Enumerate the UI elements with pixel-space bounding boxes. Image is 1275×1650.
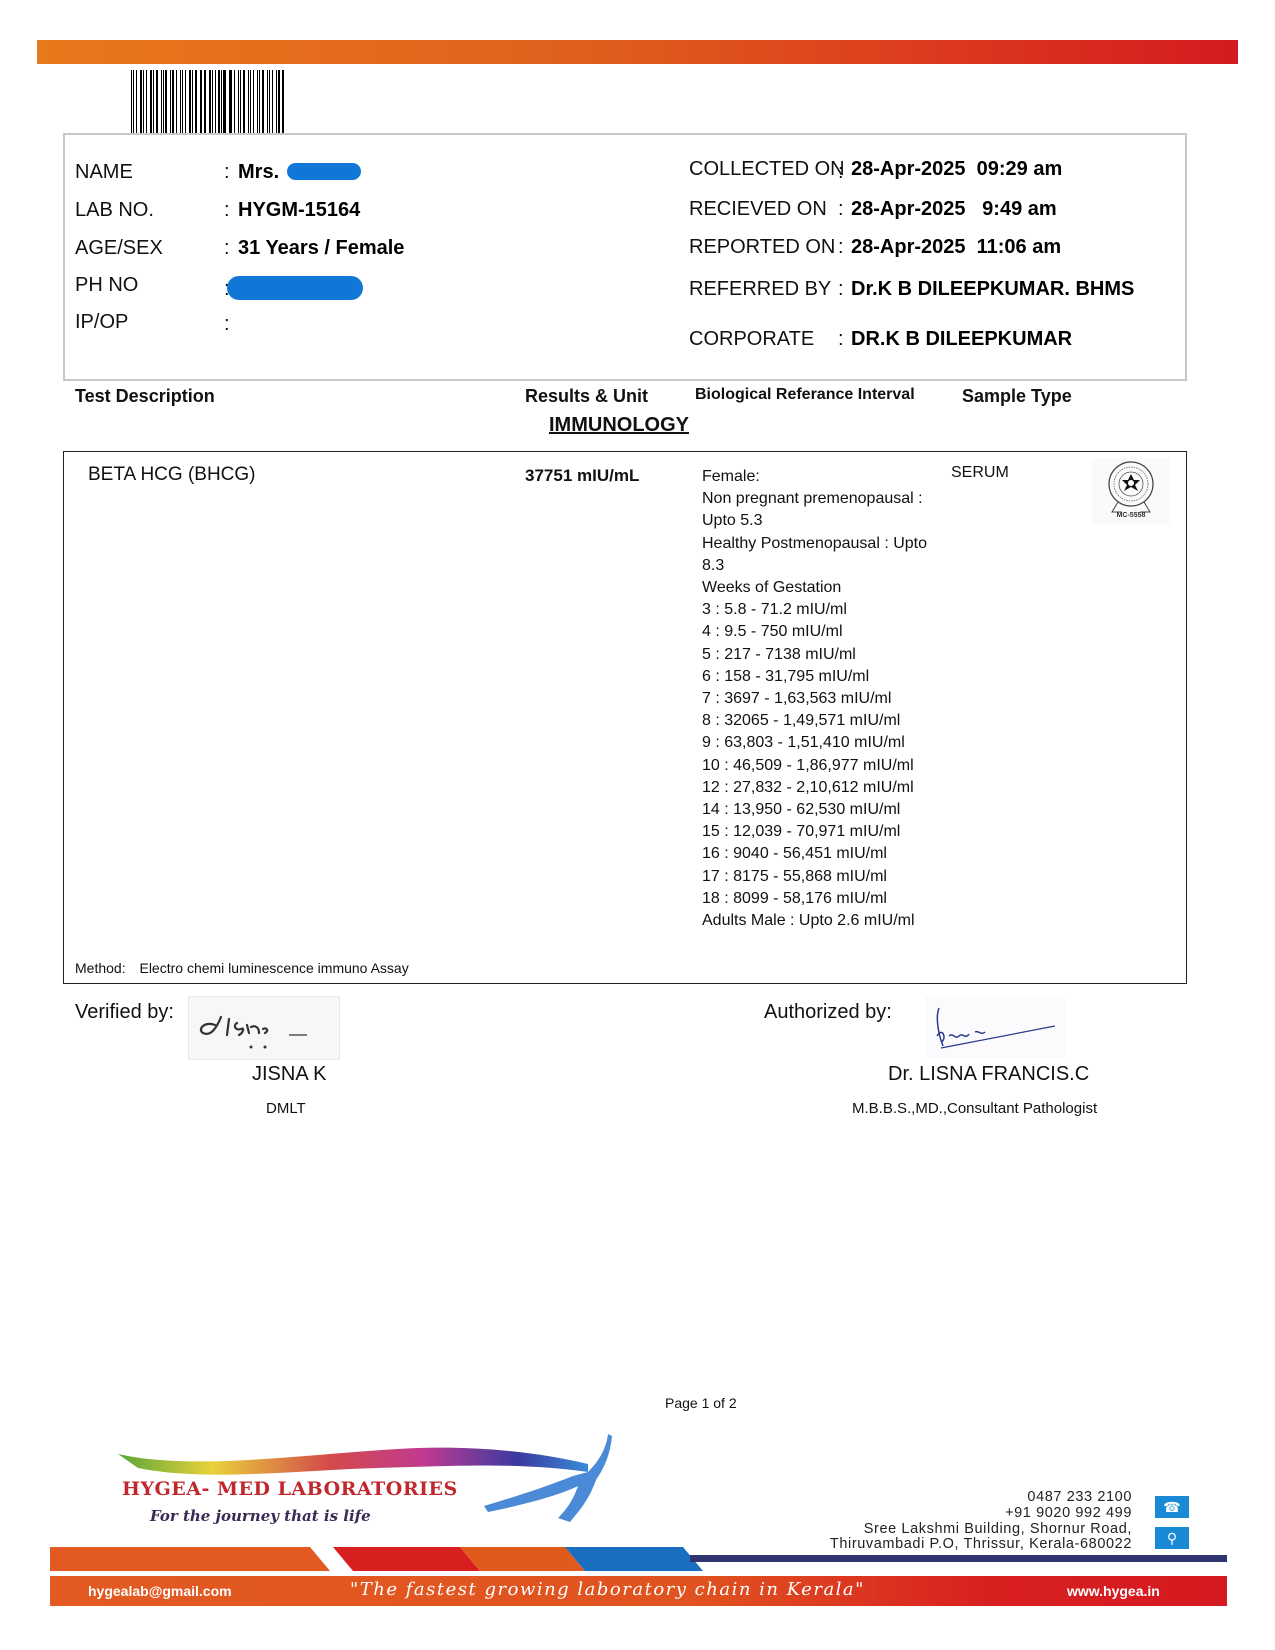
agesex-label: AGE/SEX [75, 237, 163, 260]
barcode-bar [234, 70, 235, 133]
reference-line: 15 : 12,039 - 70,971 mIU/ml [702, 821, 927, 843]
reference-line: Female: [702, 466, 927, 488]
section-title: IMMUNOLOGY [549, 414, 689, 437]
test-name: BETA HCG (BHCG) [88, 464, 256, 486]
barcode-bar [200, 70, 201, 133]
barcode-bar [253, 70, 254, 133]
barcode-bar [209, 70, 210, 133]
column-reference-interval: Biological Referance Interval [695, 386, 915, 404]
column-sample-type: Sample Type [962, 386, 1072, 407]
barcode-bar [150, 70, 151, 133]
barcode-bar [212, 70, 213, 133]
collected-value: 28-Apr-2025 09:29 am [851, 158, 1062, 181]
barcode-bar [257, 70, 258, 133]
barcode-bar [163, 70, 164, 133]
barcode-bar [259, 70, 260, 133]
barcode-bar [185, 70, 186, 133]
footer-stripes [50, 1547, 1227, 1577]
corporate-label: CORPORATE [689, 328, 814, 351]
reference-line: 7 : 3697 - 1,63,563 mIU/ml [702, 688, 927, 710]
reference-line: 3 : 5.8 - 71.2 mIU/ml [702, 599, 927, 621]
barcode-bar [276, 70, 277, 133]
barcode-bar [248, 70, 249, 133]
barcode-bar [195, 70, 196, 133]
method-value: Electro chemi luminescence immuno Assay [139, 960, 408, 976]
received-value: 28-Apr-2025 9:49 am [851, 198, 1057, 221]
phone-label: PH NO [75, 274, 138, 297]
test-result-value: 37751 mIU/mL [525, 466, 639, 486]
labno-label: LAB NO. [75, 199, 154, 222]
phone-landline: 0487 233 2100 [1027, 1489, 1132, 1505]
redaction-mark [287, 163, 361, 180]
barcode-bar [250, 70, 251, 133]
accreditation-code: MC-5558 [1092, 512, 1170, 519]
barcode-bar [161, 70, 162, 133]
barcode-bar [133, 70, 134, 133]
reference-line: Upto 5.3 [702, 510, 927, 532]
barcode-bar [153, 70, 154, 133]
barcode-bar [204, 70, 206, 133]
name-prefix: Mrs. [238, 161, 279, 183]
reference-line: 5 : 217 - 7138 mIU/ml [702, 644, 927, 666]
phone-mobile: +91 9020 992 499 [1005, 1505, 1132, 1521]
barcode-bar [282, 70, 283, 133]
barcode-bar [182, 70, 183, 133]
name-label: NAME [75, 161, 133, 184]
method-label: Method: [75, 960, 126, 976]
labno-value: HYGM-15164 [238, 199, 360, 222]
barcode-bar [143, 70, 144, 133]
reference-line: Adults Male : Upto 2.6 mIU/ml [702, 910, 927, 932]
barcode-bar [218, 70, 219, 133]
ipop-colon: : [224, 313, 230, 336]
referred-label: REFERRED BY [689, 278, 831, 301]
collected-colon: : [838, 161, 844, 184]
footer-email[interactable]: hygealab@gmail.com [88, 1583, 232, 1599]
agesex-colon: : [224, 237, 230, 260]
barcode-bar [240, 70, 241, 133]
referred-colon: : [838, 278, 844, 301]
reference-line: 8 : 32065 - 1,49,571 mIU/ml [702, 710, 927, 732]
method-line: Method: Electro chemi luminescence immun… [75, 960, 409, 976]
barcode [131, 70, 287, 133]
agesex-value: 31 Years / Female [238, 237, 404, 260]
barcode-bar [278, 70, 280, 133]
collected-label: COLLECTED ON [689, 158, 845, 181]
barcode-bar [189, 70, 191, 133]
barcode-bar [170, 70, 171, 133]
reference-line: 17 : 8175 - 55,868 mIU/ml [702, 866, 927, 888]
reference-interval-list: Female:Non pregnant premenopausal :Upto … [702, 466, 927, 932]
reference-line: Non pregnant premenopausal : [702, 488, 927, 510]
phone-icon: ☎ [1155, 1496, 1189, 1518]
ipop-label: IP/OP [75, 311, 128, 334]
reference-line: Healthy Postmenopausal : Upto [702, 533, 927, 555]
barcode-bar [230, 70, 231, 133]
page-number: Page 1 of 2 [665, 1395, 737, 1411]
reference-line: 18 : 8099 - 58,176 mIU/ml [702, 888, 927, 910]
column-test-description: Test Description [75, 386, 215, 407]
barcode-bar [146, 70, 147, 133]
barcode-bar [180, 70, 181, 133]
barcode-bar [243, 70, 245, 133]
barcode-bar [215, 70, 216, 133]
footer-slogan: "The fastest growing laboratory chain in… [350, 1579, 865, 1600]
verified-by-name: JISNA K [252, 1063, 326, 1086]
barcode-bar [269, 70, 270, 133]
labno-colon: : [224, 199, 230, 222]
authorized-by-name: Dr. LISNA FRANCIS.C [888, 1063, 1089, 1086]
barcode-bar [201, 70, 202, 133]
sample-type-value: SERUM [951, 464, 1009, 482]
test-result-box [63, 451, 1187, 984]
lab-tagline: For the journey that is life [150, 1507, 371, 1525]
referred-value: Dr.K B DILEEPKUMAR. BHMS [851, 278, 1134, 301]
reference-line: 6 : 158 - 31,795 mIU/ml [702, 666, 927, 688]
reference-line: 14 : 13,950 - 62,530 mIU/ml [702, 799, 927, 821]
reference-line: 4 : 9.5 - 750 mIU/ml [702, 621, 927, 643]
barcode-bar [192, 70, 193, 133]
column-results-unit: Results & Unit [525, 386, 648, 407]
barcode-bar [272, 70, 273, 133]
corporate-value: DR.K B DILEEPKUMAR [851, 328, 1072, 351]
address-line-1: Sree Lakshmi Building, Shornur Road, [864, 1521, 1132, 1537]
reference-line: 9 : 63,803 - 1,51,410 mIU/ml [702, 732, 927, 754]
verified-by-label: Verified by: [75, 1001, 174, 1024]
accreditation-seal-icon: MC-5558 [1092, 458, 1170, 524]
verified-signature-image [188, 996, 340, 1060]
barcode-bar [223, 70, 225, 133]
logo-swoosh-icon [118, 1432, 618, 1482]
corporate-colon: : [838, 328, 844, 351]
barcode-bar [229, 70, 230, 133]
barcode-bar [136, 70, 137, 133]
reported-value: 28-Apr-2025 11:06 am [851, 236, 1061, 259]
redaction-mark [227, 276, 363, 300]
brand-color-bar [37, 40, 1238, 64]
authorized-by-label: Authorized by: [764, 1001, 892, 1024]
barcode-bar [262, 70, 264, 133]
reference-line: 12 : 27,832 - 2,10,612 mIU/ml [702, 777, 927, 799]
barcode-bar [176, 70, 177, 133]
name-colon: : [224, 161, 230, 184]
barcode-bar [131, 70, 132, 133]
footer-website[interactable]: www.hygea.in [1067, 1583, 1160, 1599]
barcode-bar [165, 70, 166, 133]
reported-colon: : [838, 236, 844, 259]
barcode-bar [172, 70, 174, 133]
barcode-bar [156, 70, 158, 133]
barcode-bar [238, 70, 239, 133]
barcode-bar [267, 70, 268, 133]
verified-by-title: DMLT [266, 1100, 306, 1117]
reference-line: 16 : 9040 - 56,451 mIU/ml [702, 843, 927, 865]
lab-name-logo: HYGEA- MED LABORATORIES [122, 1478, 458, 1500]
reference-line: 8.3 [702, 555, 927, 577]
patient-name-value: Mrs. [238, 161, 279, 184]
barcode-bar [221, 70, 222, 133]
reference-line: 10 : 46,509 - 1,86,977 mIU/ml [702, 755, 927, 777]
barcode-bar [140, 70, 142, 133]
authorized-by-title: M.B.B.S.,MD.,Consultant Pathologist [852, 1100, 1097, 1117]
received-label: RECIEVED ON [689, 198, 827, 221]
received-colon: : [838, 198, 844, 221]
location-pin-icon: ⚲ [1155, 1527, 1189, 1549]
authorized-signature-image [925, 996, 1065, 1058]
reported-label: REPORTED ON [689, 236, 835, 259]
reference-line: Weeks of Gestation [702, 577, 927, 599]
